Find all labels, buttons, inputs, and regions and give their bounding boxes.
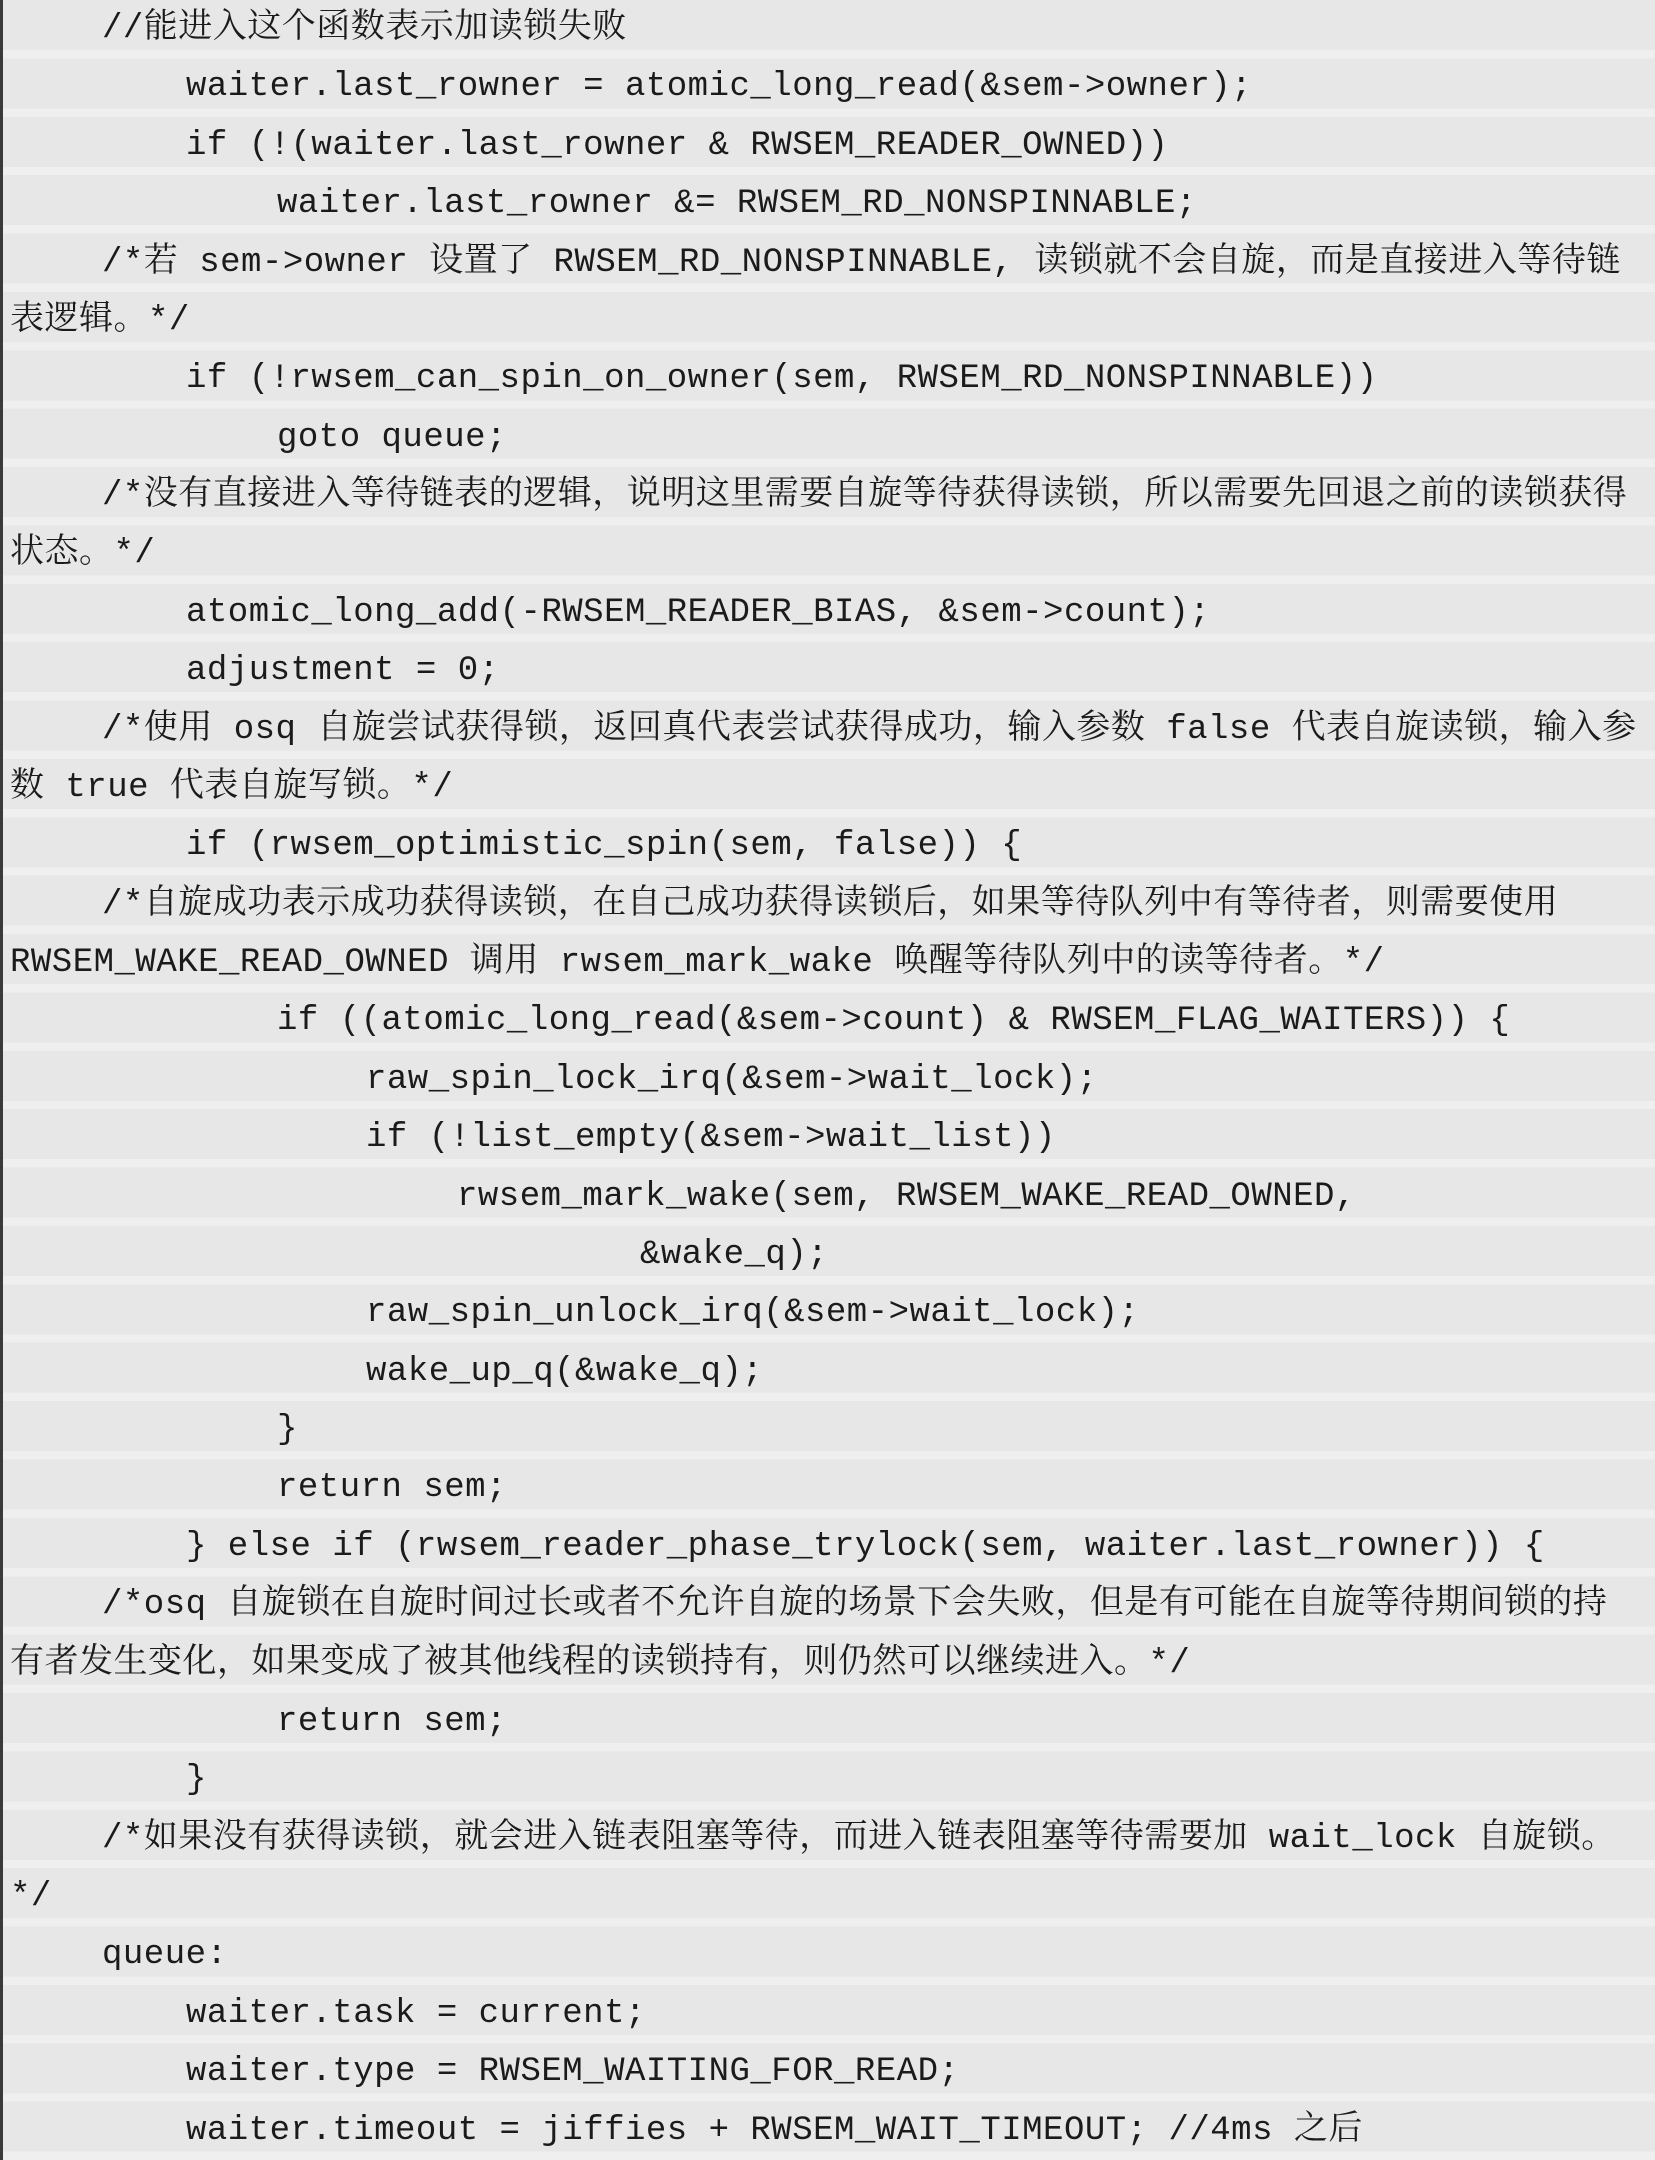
- code-line: if (!rwsem_can_spin_on_owner(sem, RWSEM_…: [0, 350, 1655, 408]
- code-line: queue:: [0, 1926, 1655, 1984]
- code-line: goto queue;: [0, 409, 1655, 467]
- code-line: return sem;: [0, 1693, 1655, 1751]
- code-line: waiter.task = current;: [0, 1985, 1655, 2043]
- code-line: adjustment = 0;: [0, 642, 1655, 700]
- code-line: wake_up_q(&wake_q);: [0, 1343, 1655, 1401]
- code-line: waiter.type = RWSEM_WAITING_FOR_READ;: [0, 2043, 1655, 2101]
- code-line: if ((atomic_long_read(&sem->count) & RWS…: [0, 992, 1655, 1050]
- code-line: //能进入这个函数表示加读锁失败: [0, 0, 1655, 58]
- comment-paragraph: /*使用 osq 自旋尝试获得锁，返回真代表尝试获得成功，输入参数 false …: [0, 701, 1655, 818]
- code-line: waiter.timeout = jiffies + RWSEM_WAIT_TI…: [0, 2102, 1655, 2160]
- code-line: if (rwsem_optimistic_spin(sem, false)) {: [0, 817, 1655, 875]
- code-listing: //能进入这个函数表示加读锁失败waiter.last_rowner = ato…: [0, 0, 1655, 2160]
- code-line: if (!(waiter.last_rowner & RWSEM_READER_…: [0, 117, 1655, 175]
- comment-paragraph: /*如果没有获得读锁，就会进入链表阻塞等待，而进入链表阻塞等待需要加 wait_…: [0, 1810, 1655, 1927]
- code-line: waiter.last_rowner &= RWSEM_RD_NONSPINNA…: [0, 175, 1655, 233]
- book-page: //能进入这个函数表示加读锁失败waiter.last_rowner = ato…: [0, 0, 1655, 2160]
- code-line: waiter.last_rowner = atomic_long_read(&s…: [0, 58, 1655, 116]
- code-line: return sem;: [0, 1459, 1655, 1517]
- code-line: }: [0, 1401, 1655, 1459]
- comment-paragraph: /*自旋成功表示成功获得读锁，在自己成功获得读锁后，如果等待队列中有等待者，则需…: [0, 876, 1655, 993]
- comment-paragraph: /*没有直接进入等待链表的逻辑，说明这里需要自旋等待获得读锁，所以需要先回退之前…: [0, 467, 1655, 584]
- code-line: atomic_long_add(-RWSEM_READER_BIAS, &sem…: [0, 584, 1655, 642]
- code-line: rwsem_mark_wake(sem, RWSEM_WAKE_READ_OWN…: [0, 1168, 1655, 1226]
- comment-paragraph: /*osq 自旋锁在自旋时间过长或者不允许自旋的场景下会失败，但是有可能在自旋等…: [0, 1576, 1655, 1693]
- code-line: } else if (rwsem_reader_phase_trylock(se…: [0, 1518, 1655, 1576]
- code-line: if (!list_empty(&sem->wait_list)): [0, 1109, 1655, 1167]
- code-line: raw_spin_unlock_irq(&sem->wait_lock);: [0, 1284, 1655, 1342]
- code-line: raw_spin_lock_irq(&sem->wait_lock);: [0, 1051, 1655, 1109]
- code-line: &wake_q);: [0, 1226, 1655, 1284]
- code-line: }: [0, 1751, 1655, 1809]
- comment-paragraph: /*若 sem->owner 设置了 RWSEM_RD_NONSPINNABLE…: [0, 234, 1655, 351]
